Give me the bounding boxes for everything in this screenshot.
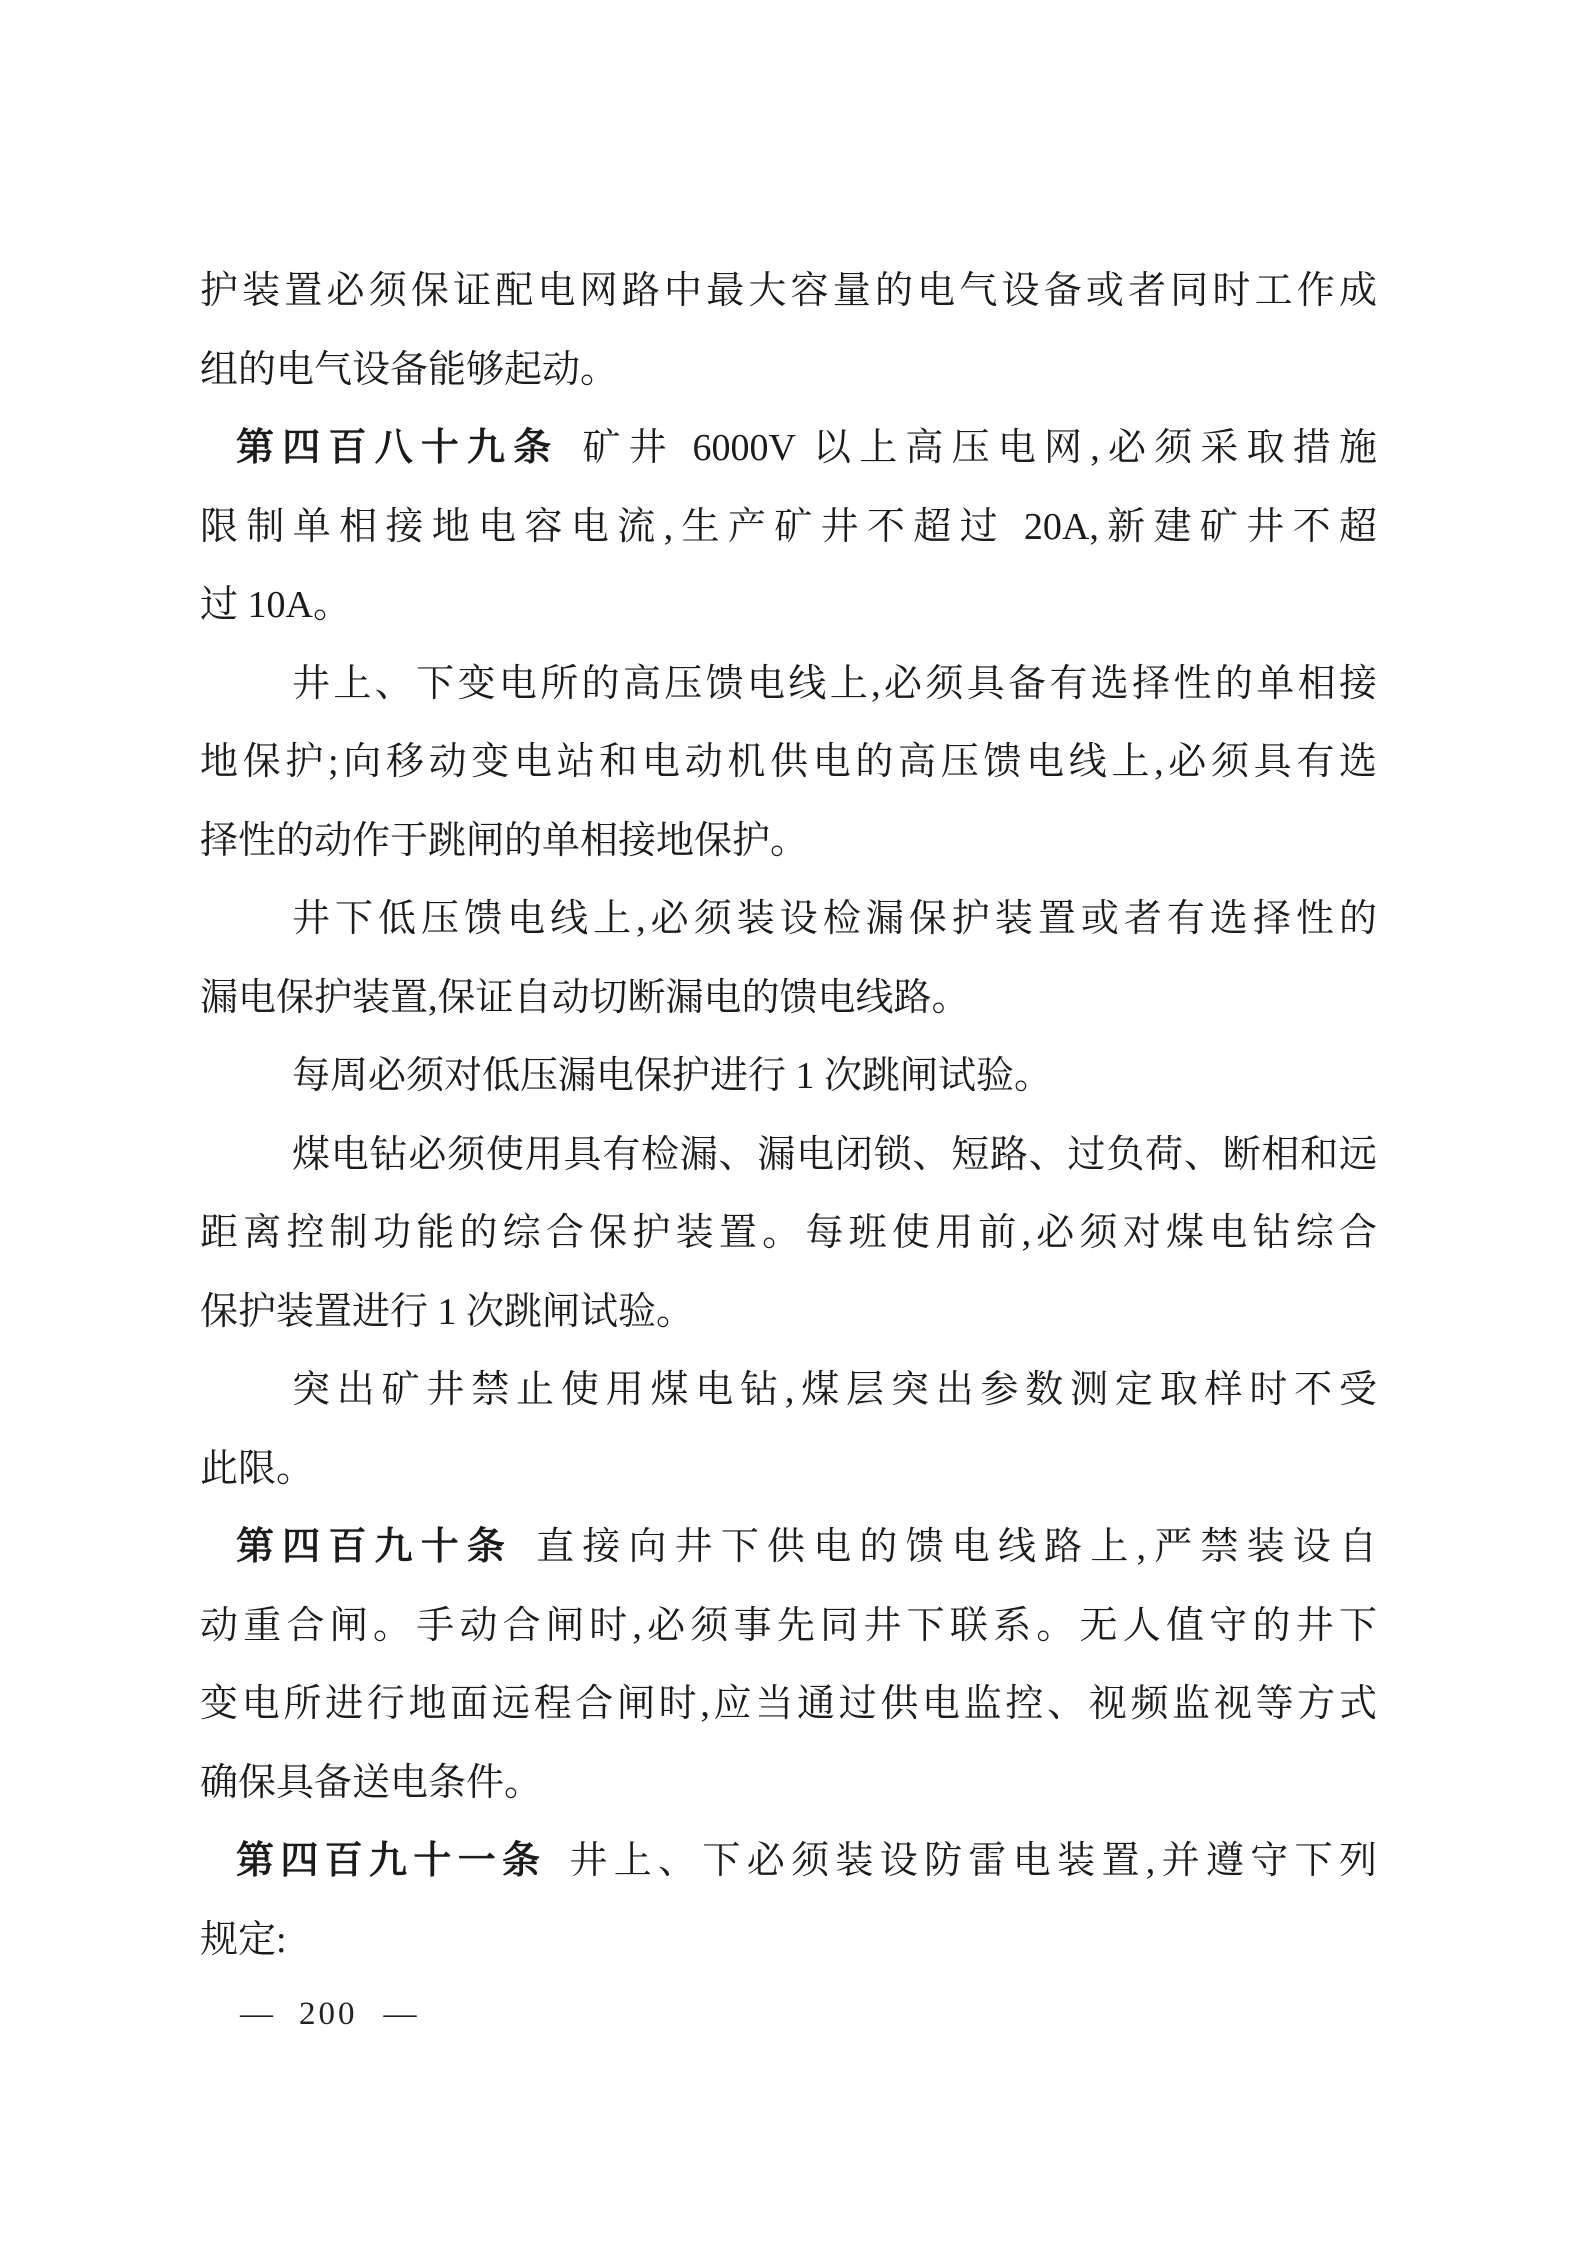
text-line: 地保护;向移动变电站和电动机供电的高压馈电线上,必须具有选 <box>200 723 1377 802</box>
text-run: 井上、下必须装设防雷电装置,并遵守下列 <box>569 1840 1377 1882</box>
text-run: 每周必须对低压漏电保护进行 1 次跳闸试验。 <box>292 1055 1052 1097</box>
text-line: 此限。 <box>200 1430 1377 1509</box>
article-heading-line: 第四百九十一条井上、下必须装设防雷电装置,并遵守下列 <box>200 1822 1377 1901</box>
text-run: 规定: <box>200 1919 287 1961</box>
text-run: 地保护;向移动变电站和电动机供电的高压馈电线上,必须具有选 <box>200 741 1377 783</box>
text-line: 规定: <box>200 1901 1377 1980</box>
text-line: 保护装置进行 1 次跳闸试验。 <box>200 1273 1377 1352</box>
text-line: 突出矿井禁止使用煤电钻,煤层突出参数测定取样时不受 <box>200 1351 1377 1430</box>
text-line: 护装置必须保证配电网路中最大容量的电气设备或者同时工作成 <box>200 252 1377 331</box>
text-line: 井上、下变电所的高压馈电线上,必须具备有选择性的单相接 <box>200 645 1377 724</box>
text-run: 变电所进行地面远程合闸时,应当通过供电监控、视频监视等方式 <box>200 1683 1377 1725</box>
text-line: 限制单相接地电容电流,生产矿井不超过 20A,新建矿井不超 <box>200 488 1377 567</box>
text-run: 矿井 6000V 以上高压电网,必须采取措施 <box>582 427 1377 469</box>
document-page: 护装置必须保证配电网路中最大容量的电气设备或者同时工作成组的电气设备能够起动。第… <box>0 0 1587 2245</box>
text-block: 护装置必须保证配电网路中最大容量的电气设备或者同时工作成组的电气设备能够起动。第… <box>200 252 1377 1979</box>
text-run: 保护装置进行 1 次跳闸试验。 <box>200 1291 694 1333</box>
text-run: 过 10A。 <box>200 584 351 626</box>
text-line: 漏电保护装置,保证自动切断漏电的馈电线路。 <box>200 959 1377 1038</box>
page-number-footer: —200— <box>240 1996 417 2033</box>
text-run: 井下低压馈电线上,必须装设检漏保护装置或者有选择性的 <box>292 898 1377 940</box>
text-run: 确保具备送电条件。 <box>200 1762 542 1804</box>
text-line: 距离控制功能的综合保护装置。每班使用前,必须对煤电钻综合 <box>200 1194 1377 1273</box>
page-number: 200 <box>299 1996 358 2033</box>
text-run: 漏电保护装置,保证自动切断漏电的馈电线路。 <box>200 977 970 1019</box>
text-line: 煤电钻必须使用具有检漏、漏电闭锁、短路、过负荷、断相和远 <box>200 1116 1377 1195</box>
footer-dash-right: — <box>384 1996 417 2033</box>
text-run: 择性的动作于跳闸的单相接地保护。 <box>200 820 808 862</box>
text-run: 护装置必须保证配电网路中最大容量的电气设备或者同时工作成 <box>200 270 1377 312</box>
text-run: 煤电钻必须使用具有检漏、漏电闭锁、短路、过负荷、断相和远 <box>292 1134 1377 1176</box>
text-run: 限制单相接地电容电流,生产矿井不超过 20A,新建矿井不超 <box>200 506 1377 548</box>
text-line: 每周必须对低压漏电保护进行 1 次跳闸试验。 <box>200 1037 1377 1116</box>
article-number: 第四百九十一条 <box>236 1840 546 1882</box>
text-run: 直接向井下供电的馈电线路上,严禁装设自 <box>536 1526 1377 1568</box>
text-line: 过 10A。 <box>200 566 1377 645</box>
text-line: 变电所进行地面远程合闸时,应当通过供电监控、视频监视等方式 <box>200 1665 1377 1744</box>
article-number: 第四百九十条 <box>236 1526 513 1568</box>
text-run: 组的电气设备能够起动。 <box>200 349 618 391</box>
text-line: 择性的动作于跳闸的单相接地保护。 <box>200 802 1377 881</box>
text-run: 动重合闸。手动合闸时,必须事先同井下联系。无人值守的井下 <box>200 1605 1377 1647</box>
article-heading-line: 第四百八十九条矿井 6000V 以上高压电网,必须采取措施 <box>200 409 1377 488</box>
footer-dash-left: — <box>240 1996 273 2033</box>
article-number: 第四百八十九条 <box>236 427 559 469</box>
text-run: 突出矿井禁止使用煤电钻,煤层突出参数测定取样时不受 <box>292 1369 1377 1411</box>
text-run: 井上、下变电所的高压馈电线上,必须具备有选择性的单相接 <box>292 663 1377 705</box>
text-run: 距离控制功能的综合保护装置。每班使用前,必须对煤电钻综合 <box>200 1212 1377 1254</box>
text-line: 井下低压馈电线上,必须装设检漏保护装置或者有选择性的 <box>200 880 1377 959</box>
text-line: 动重合闸。手动合闸时,必须事先同井下联系。无人值守的井下 <box>200 1587 1377 1666</box>
text-line: 确保具备送电条件。 <box>200 1744 1377 1823</box>
article-heading-line: 第四百九十条直接向井下供电的馈电线路上,严禁装设自 <box>200 1508 1377 1587</box>
text-run: 此限。 <box>200 1448 314 1490</box>
text-line: 组的电气设备能够起动。 <box>200 331 1377 410</box>
